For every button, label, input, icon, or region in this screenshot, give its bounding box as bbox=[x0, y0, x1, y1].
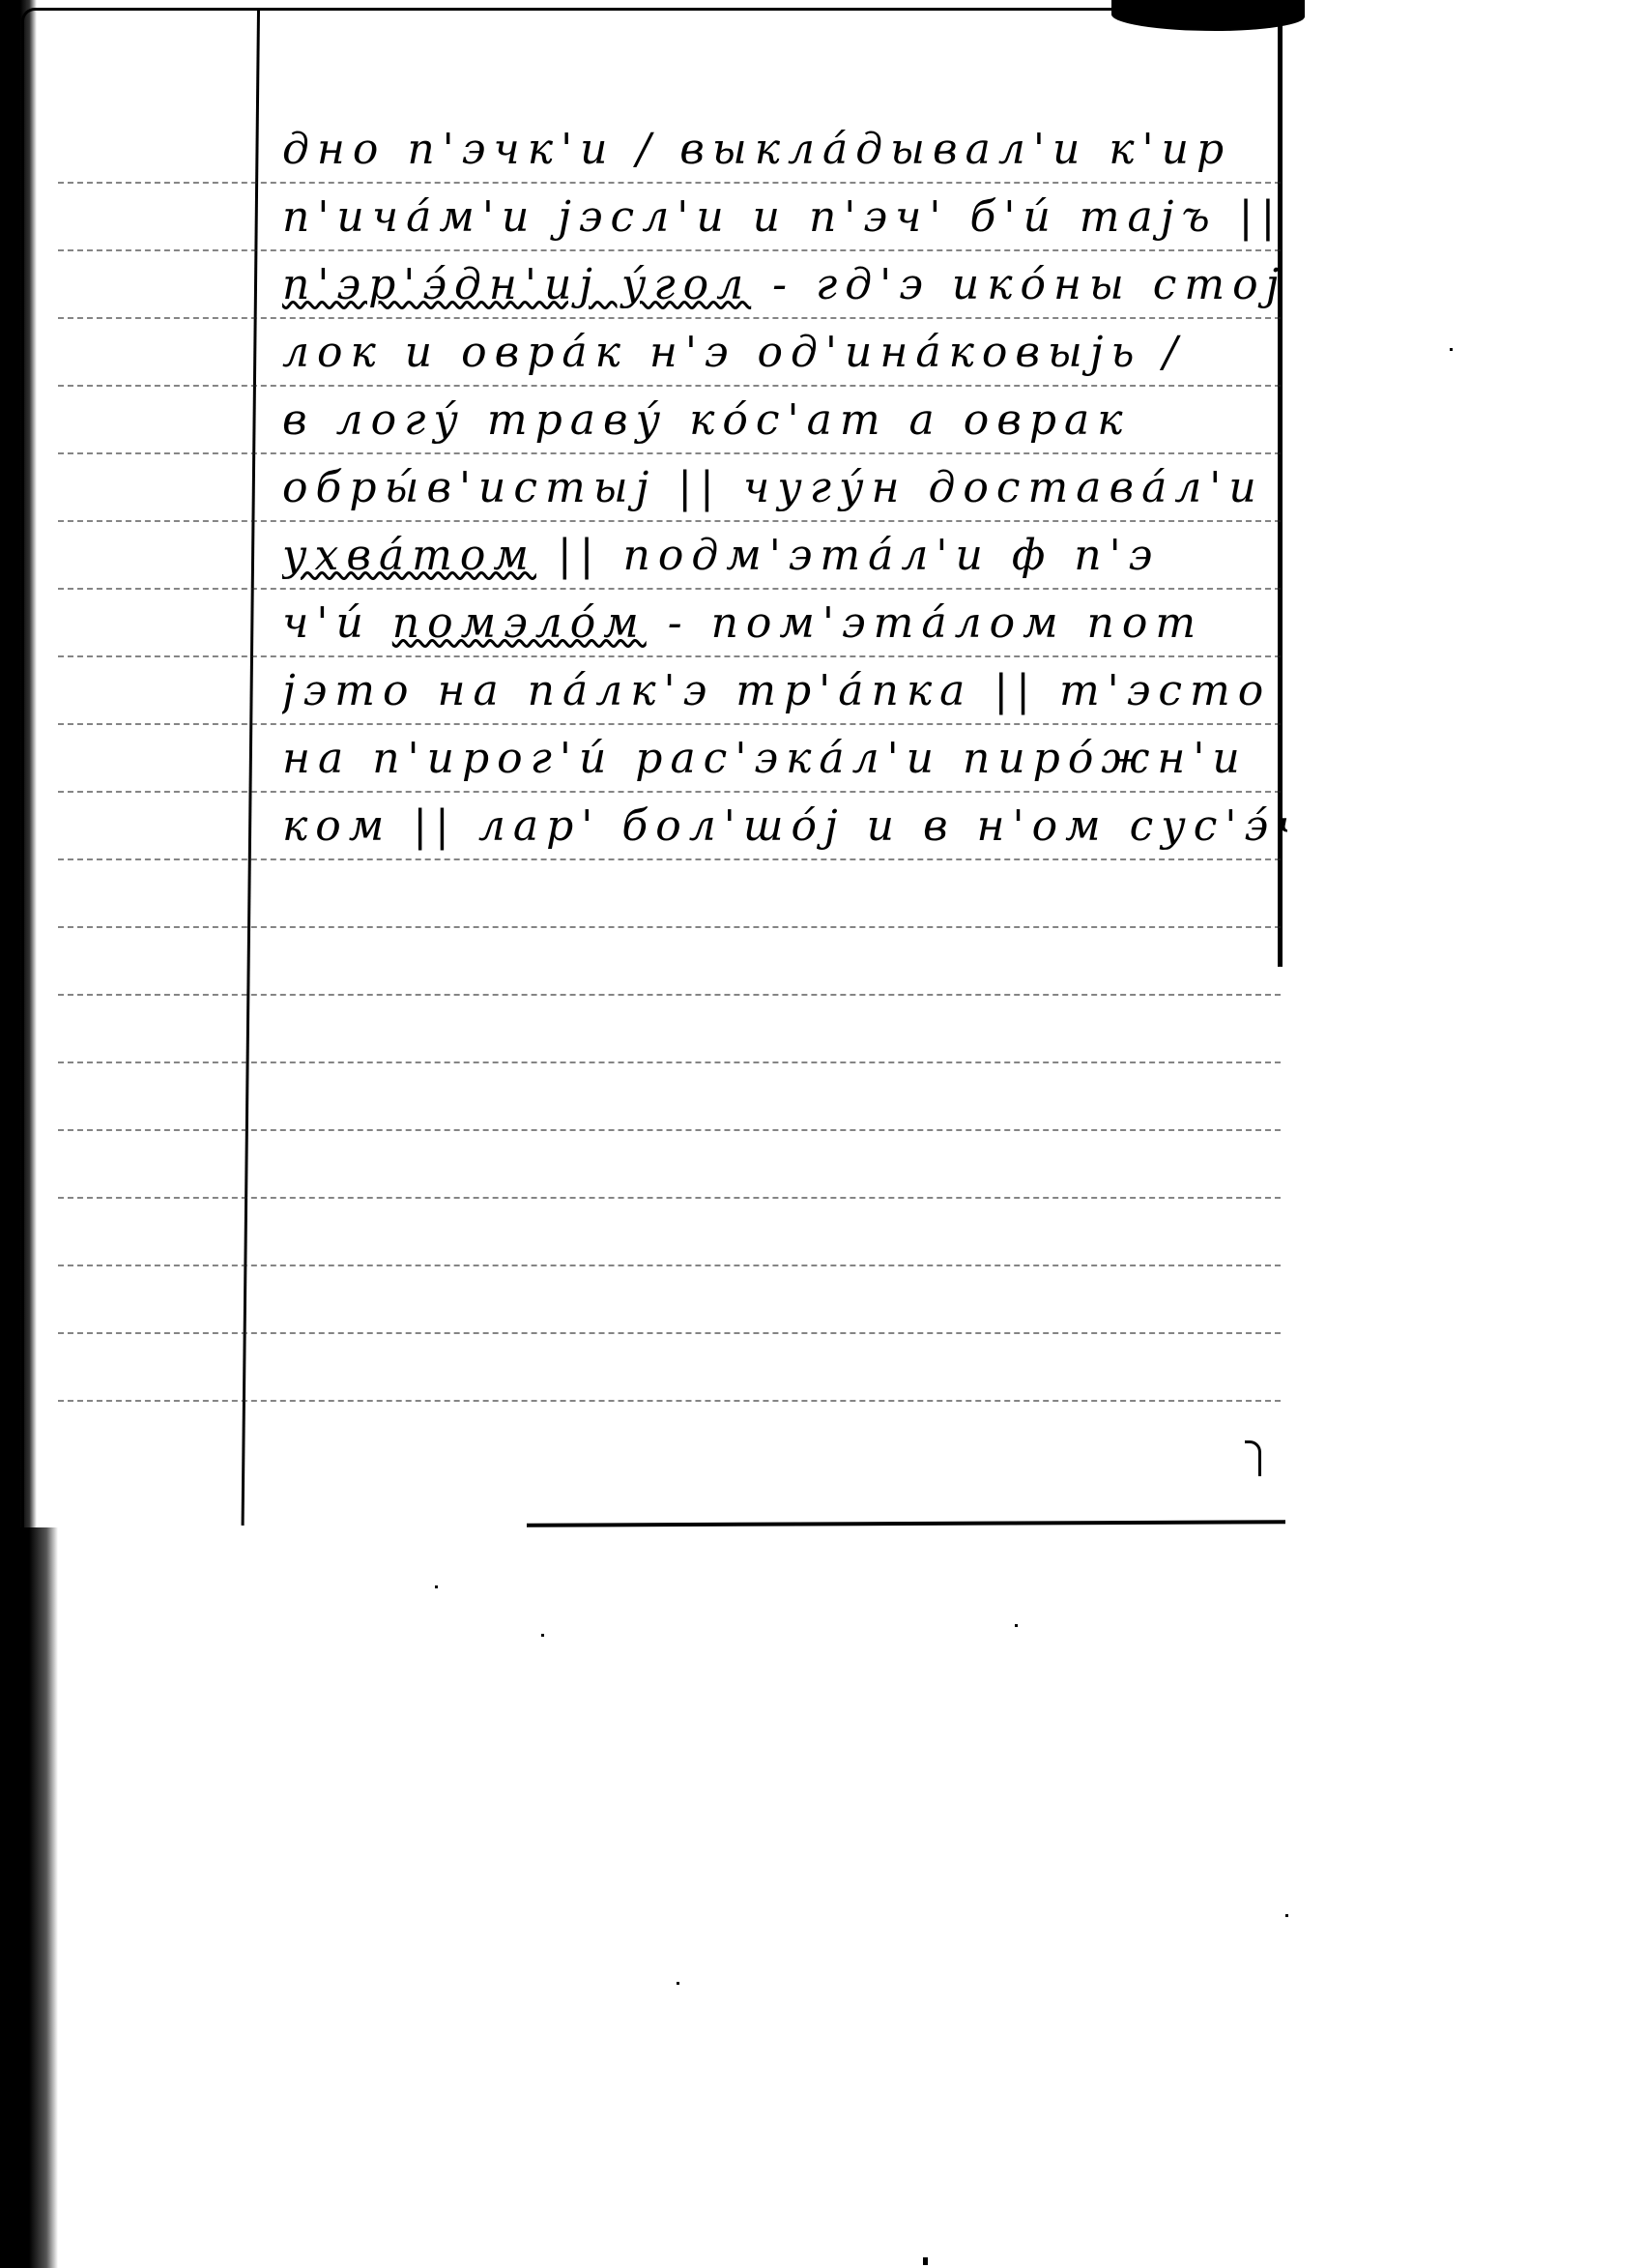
line-text: - пом'эта́лом пот bbox=[647, 598, 1203, 648]
ruled-line bbox=[58, 1197, 1281, 1199]
underlined-term: п'эр'э́дн'иј у́гол bbox=[282, 260, 751, 309]
text-line-3: п'эр'э́дн'иј у́гол - гд'э ико́ны стоја́т bbox=[282, 251, 1287, 319]
text-line-7: ухва́том || подм'эта́л'и ф п'э bbox=[282, 522, 1287, 590]
line-text: лок и овра́к н'э од'ина́ковыјь / bbox=[282, 328, 1185, 377]
scan-speck bbox=[923, 2257, 928, 2265]
text-line-10: на п'ирог'и́ рас'эка́л'и пиро́жн'и bbox=[282, 725, 1287, 793]
line-text: п'ича́м'и јэсл'и и п'эч' б'и́ тајъ || bbox=[282, 192, 1283, 242]
scan-speck bbox=[1285, 1914, 1288, 1917]
ruled-line bbox=[58, 1129, 1281, 1131]
scan-speck bbox=[541, 1634, 544, 1637]
ruled-line bbox=[58, 1265, 1281, 1266]
ruled-line bbox=[58, 1400, 1281, 1402]
binding-shadow-lower bbox=[0, 1527, 58, 2268]
underlined-term: ухва́том bbox=[282, 531, 536, 580]
ruled-line bbox=[58, 926, 1281, 928]
scan-speck bbox=[1450, 348, 1453, 351]
line-text: - гд'э ико́ны стоја́т bbox=[751, 260, 1287, 309]
scan-speck bbox=[1015, 1624, 1018, 1627]
scan-speck bbox=[677, 1982, 679, 1985]
text-line-4: лок и овра́к н'э од'ина́ковыјь / bbox=[282, 319, 1287, 387]
text-line-5: в логу́ траву́ ко́с'ат а оврак bbox=[282, 387, 1287, 454]
line-text: јэто на па́лк'э тр'а́пка || т'эсто bbox=[282, 666, 1271, 715]
scan-speck bbox=[435, 1585, 438, 1588]
line-text: || подм'эта́л'и ф п'э bbox=[536, 531, 1160, 580]
line-text: на п'ирог'и́ рас'эка́л'и пиро́жн'и bbox=[282, 734, 1248, 783]
handwritten-text-block: дно п'эчк'и / выкла́дывал'и к'ир п'ича́м… bbox=[282, 116, 1287, 860]
text-line-11: ком || лар' бол'шо́ј и в н'ом сус'э́ч'к'… bbox=[282, 793, 1287, 860]
text-line-2: п'ича́м'и јэсл'и и п'эч' б'и́ тајъ || bbox=[282, 184, 1287, 251]
ruled-line bbox=[58, 1061, 1281, 1063]
text-line-1: дно п'эчк'и / выкла́дывал'и к'ир bbox=[282, 116, 1287, 184]
corner-pencil-mark bbox=[1245, 1440, 1261, 1476]
line-text: в логу́ траву́ ко́с'ат а оврак bbox=[282, 395, 1131, 445]
line-text: обры́в'истыј || чугу́н достава́л'и bbox=[282, 463, 1264, 512]
line-text: ч'и́ bbox=[282, 598, 392, 648]
ruled-line bbox=[58, 994, 1281, 996]
text-line-6: обры́в'истыј || чугу́н достава́л'и bbox=[282, 454, 1287, 522]
text-line-8: ч'и́ помэло́м - пом'эта́лом пот bbox=[282, 590, 1287, 657]
line-text: ком || лар' бол'шо́ј и в н'ом сус'э́ч'к'… bbox=[282, 801, 1287, 851]
text-line-9: јэто на па́лк'э тр'а́пка || т'эсто bbox=[282, 657, 1287, 725]
line-text: дно п'эчк'и / выкла́дывал'и к'ир bbox=[282, 125, 1231, 174]
underlined-term: помэло́м bbox=[392, 598, 647, 648]
ruled-line bbox=[58, 1332, 1281, 1334]
